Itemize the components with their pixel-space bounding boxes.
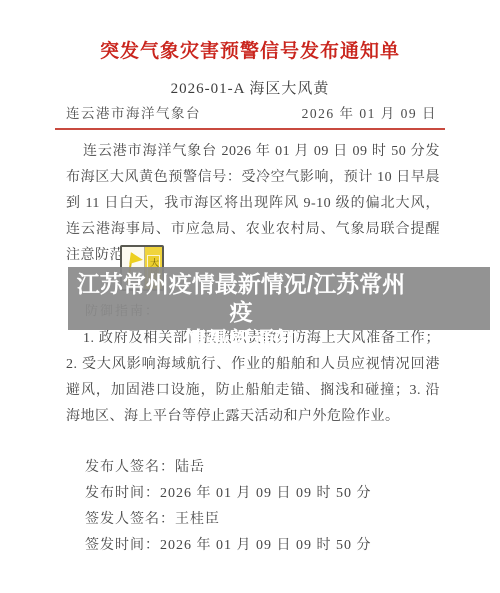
document-number: 2026-01-A 海区大风黄	[0, 77, 500, 98]
overlay-spam-title: 江苏常州疫情最新情况/江苏常州疫 情最新通知	[68, 270, 414, 354]
header-divider-line	[55, 128, 445, 130]
overlay-title-line-2: 情最新通知	[68, 326, 414, 354]
approver-signature-row: 签发人签名：王桂臣	[85, 510, 372, 536]
warning-notice-document: 突发气象灾害预警信号发布通知单 2026-01-A 海区大风黄 连云港市海洋气象…	[0, 0, 500, 593]
approve-time-label: 签发时间：	[85, 538, 160, 553]
approve-time-row: 签发时间：2026 年 01 月 09 日 09 时 50 分	[85, 536, 372, 562]
publish-time-value: 2026 年 01 月 09 日 09 时 50 分	[160, 486, 372, 501]
approve-time-value: 2026 年 01 月 09 日 09 时 50 分	[160, 538, 372, 553]
issuing-agency: 连云港市海洋气象台	[66, 102, 201, 122]
document-meta-row: 连云港市海洋气象台 2026 年 01 月 09 日	[66, 102, 437, 122]
publish-time-row: 发布时间：2026 年 01 月 09 日 09 时 50 分	[85, 484, 372, 510]
publisher-signature-label: 发布人签名：	[85, 460, 175, 475]
overlay-title-line-1: 江苏常州疫情最新情况/江苏常州疫	[68, 270, 414, 326]
flag-pennant	[129, 252, 144, 266]
document-title: 突发气象灾害预警信号发布通知单	[0, 36, 500, 63]
approver-signature-value: 王桂臣	[175, 512, 220, 527]
overlay-spam-banner: 江苏常州疫情最新情况/江苏常州疫 情最新通知	[68, 267, 490, 330]
signature-block: 发布人签名：陆岳 发布时间：2026 年 01 月 09 日 09 时 50 分…	[85, 458, 372, 562]
publisher-signature-row: 发布人签名：陆岳	[85, 458, 372, 484]
publish-time-label: 发布时间：	[85, 486, 160, 501]
publisher-signature-value: 陆岳	[175, 460, 205, 475]
issue-date: 2026 年 01 月 09 日	[302, 102, 437, 122]
approver-signature-label: 签发人签名：	[85, 512, 175, 527]
